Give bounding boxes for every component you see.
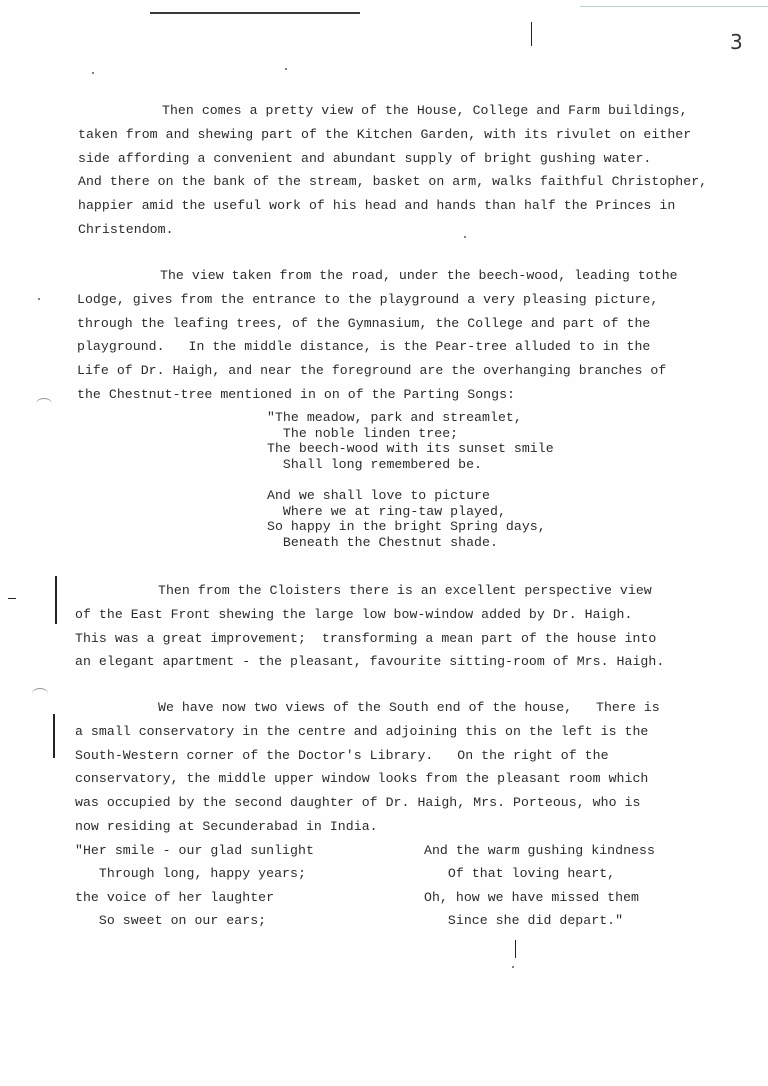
top-rule-mark — [150, 12, 360, 14]
paragraph-2-line: playground. In the middle distance, is t… — [77, 339, 650, 355]
paragraph-5-line: was occupied by the second daughter of D… — [75, 795, 640, 811]
verse-right-line: Oh, how we have missed them — [424, 890, 639, 906]
paragraph-2-line: The view taken from the road, under the … — [160, 268, 678, 284]
verse-left-line: "Her smile - our glad sunlight — [75, 843, 314, 859]
paragraph-2-line: the Chestnut-tree mentioned in on of the… — [77, 387, 515, 403]
paragraph-4-line: Then from the Cloisters there is an exce… — [158, 583, 652, 599]
paragraph-4-line: This was a great improvement; transformi… — [75, 631, 656, 647]
verse-line: Shall long remembered be. — [267, 457, 482, 473]
verse-right-line: Of that loving heart, — [424, 866, 615, 882]
margin-bar-2 — [53, 714, 55, 758]
verse-left-line: the voice of her laughter — [75, 890, 274, 906]
verse-line: The beech-wood with its sunset smile — [267, 441, 554, 457]
paragraph-1-line: Then comes a pretty view of the House, C… — [162, 103, 688, 119]
paragraph-1-line: Christendom. — [78, 222, 174, 238]
verse-line: And we shall love to picture — [267, 488, 490, 504]
paragraph-5-line: a small conservatory in the centre and a… — [75, 724, 648, 740]
paragraph-2-line: Life of Dr. Haigh, and near the foregrou… — [77, 363, 666, 379]
bottom-pen-mark — [515, 940, 516, 958]
paragraph-2-line: Lodge, gives from the entrance to the pl… — [77, 292, 658, 308]
paragraph-5-line: conservatory, the middle upper window lo… — [75, 771, 648, 787]
verse-line: Where we at ring-taw played, — [267, 504, 506, 520]
paragraph-4-line: an elegant apartment - the pleasant, fav… — [75, 654, 664, 670]
page-number: 3 — [730, 30, 743, 54]
verse-left-line: So sweet on our ears; — [75, 913, 266, 929]
margin-dash — [8, 598, 16, 599]
scan-edge-mark — [580, 6, 768, 7]
typewritten-page: 3 Then comes a pretty view of the House,… — [0, 0, 768, 1086]
verse-line: So happy in the bright Spring days, — [267, 519, 546, 535]
margin-pen-mark — [531, 22, 532, 46]
paragraph-1-line: happier amid the useful work of his head… — [78, 198, 675, 214]
verse-right-line: Since she did depart." — [424, 913, 623, 929]
verse-line: "The meadow, park and streamlet, — [267, 410, 522, 426]
paragraph-5-line: now residing at Secunderabad in India. — [75, 819, 378, 835]
paragraph-5-line: South-Western corner of the Doctor's Lib… — [75, 748, 609, 764]
verse-line: The noble linden tree; — [267, 426, 458, 442]
paragraph-1-line: side affording a convenient and abundant… — [78, 151, 651, 167]
paragraph-1-line: And there on the bank of the stream, bas… — [78, 174, 707, 190]
margin-bar-1 — [55, 576, 57, 624]
paragraph-2-line: through the leafing trees, of the Gymnas… — [77, 316, 650, 332]
verse-left-line: Through long, happy years; — [75, 866, 306, 882]
paragraph-1-line: taken from and shewing part of the Kitch… — [78, 127, 691, 143]
verse-line: Beneath the Chestnut shade. — [267, 535, 498, 551]
paragraph-4-line: of the East Front shewing the large low … — [75, 607, 632, 623]
paragraph-5-line: We have now two views of the South end o… — [158, 700, 660, 716]
verse-right-line: And the warm gushing kindness — [424, 843, 655, 859]
